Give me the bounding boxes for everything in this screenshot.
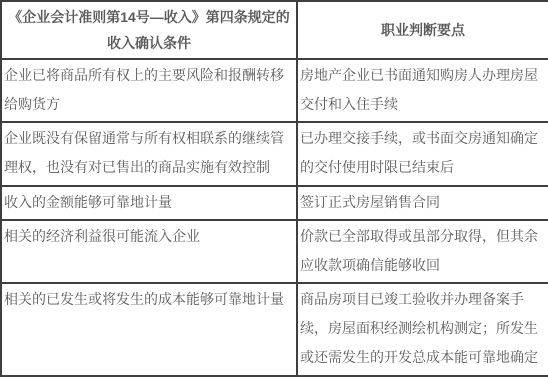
cell-judgment-1: 房地产企业已书面通知购房人办理房屋交付和入住手续 <box>297 59 548 122</box>
cell-condition-3: 收入的金额能够可靠地计量 <box>1 186 297 220</box>
cell-judgment-3: 签订正式房屋销售合同 <box>297 186 548 220</box>
table-row: 企业既没有保留通常与所有权相联系的继续管理权，也没有对已售出的商品实施有效控制 … <box>1 122 548 185</box>
header-cell-recognition-conditions: 《企业会计准则第14号—收入》第四条规定的收入确认条件 <box>1 1 297 59</box>
cell-condition-4: 相关的经济利益很可能流入企业 <box>1 220 297 283</box>
table-row: 收入的金额能够可靠地计量 签订正式房屋销售合同 <box>1 186 548 220</box>
revenue-recognition-table: 《企业会计准则第14号—收入》第四条规定的收入确认条件 职业判断要点 企业已将商… <box>0 0 548 377</box>
cell-judgment-5: 商品房项目已竣工验收并办理备案手续，房屋面积经测绘机构测定；所发生或还需发生的开… <box>297 283 548 376</box>
cell-judgment-4: 价款已全部取得或虽部分取得，但其余应收款项确信能够收回 <box>297 220 548 283</box>
table-row: 相关的已发生或将发生的成本能够可靠地计量 商品房项目已竣工验收并办理备案手续，房… <box>1 283 548 376</box>
cell-condition-2: 企业既没有保留通常与所有权相联系的继续管理权，也没有对已售出的商品实施有效控制 <box>1 122 297 185</box>
table-header-row: 《企业会计准则第14号—收入》第四条规定的收入确认条件 职业判断要点 <box>1 1 548 59</box>
table-row: 企业已将商品所有权上的主要风险和报酬转移给购货方 房地产企业已书面通知购房人办理… <box>1 59 548 122</box>
header-cell-judgment-points: 职业判断要点 <box>297 1 548 59</box>
table-row: 相关的经济利益很可能流入企业 价款已全部取得或虽部分取得，但其余应收款项确信能够… <box>1 220 548 283</box>
cell-condition-5: 相关的已发生或将发生的成本能够可靠地计量 <box>1 283 297 376</box>
cell-judgment-2: 已办理交接手续，或书面交房通知确定的交付使用时限已结束后 <box>297 122 548 185</box>
cell-condition-1: 企业已将商品所有权上的主要风险和报酬转移给购货方 <box>1 59 297 122</box>
